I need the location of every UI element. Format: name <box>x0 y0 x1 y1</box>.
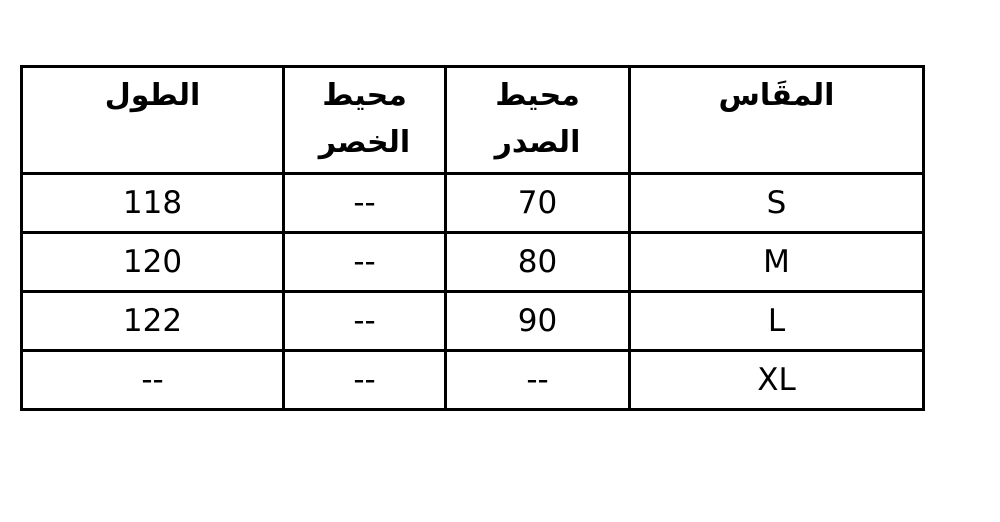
table-row-s: S 70 -- 118 <box>22 174 924 233</box>
table-row-xl: XL -- -- -- <box>22 351 924 410</box>
cell-length: -- <box>22 351 284 410</box>
table-row-m: M 80 -- 120 <box>22 233 924 292</box>
cell-size: XL <box>630 351 924 410</box>
cell-chest: 70 <box>446 174 630 233</box>
cell-chest: 90 <box>446 292 630 351</box>
header-size-label: المقَاس <box>632 72 921 119</box>
cell-chest: -- <box>446 351 630 410</box>
header-waist-label-line1: محيط <box>286 72 443 119</box>
cell-size: L <box>630 292 924 351</box>
cell-waist: -- <box>284 292 446 351</box>
cell-length: 122 <box>22 292 284 351</box>
page: المقَاس محيط الصدر محيط الخصر الطول S 70 <box>0 0 1000 522</box>
cell-size: M <box>630 233 924 292</box>
cell-chest: 80 <box>446 233 630 292</box>
cell-waist: -- <box>284 351 446 410</box>
header-cell-length: الطول <box>22 67 284 174</box>
header-chest-label-line2: الصدر <box>448 119 627 166</box>
header-cell-size: المقَاس <box>630 67 924 174</box>
header-chest-label-line1: محيط <box>448 72 627 119</box>
table-row-l: L 90 -- 122 <box>22 292 924 351</box>
cell-waist: -- <box>284 174 446 233</box>
cell-size: S <box>630 174 924 233</box>
header-cell-waist: محيط الخصر <box>284 67 446 174</box>
cell-length: 120 <box>22 233 284 292</box>
header-waist-label-line2: الخصر <box>286 119 443 166</box>
cell-length: 118 <box>22 174 284 233</box>
size-chart-table: المقَاس محيط الصدر محيط الخصر الطول S 70 <box>20 65 925 411</box>
header-cell-chest: محيط الصدر <box>446 67 630 174</box>
header-length-label: الطول <box>24 72 281 119</box>
cell-waist: -- <box>284 233 446 292</box>
header-row: المقَاس محيط الصدر محيط الخصر الطول <box>22 67 924 174</box>
